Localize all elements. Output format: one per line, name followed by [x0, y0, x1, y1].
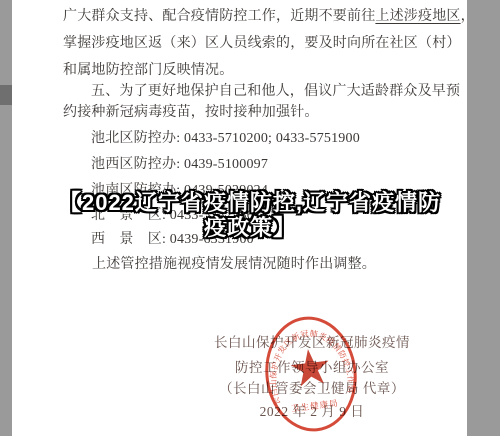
- doc-text-line: 掌握涉疫地区返（来）区人员线索的，要及时向所在社区（村）: [63, 36, 461, 51]
- scrollbar-thumb[interactable]: [0, 85, 12, 105]
- official-seal: 长白山保护开发区新冠肺炎疫情防控工作领导小组办公室 卫生健康局: [256, 309, 366, 436]
- doc-text-underlined: 上述涉疫地区: [375, 9, 460, 24]
- doc-text-line: 五、为了更好地保护自己和他人，倡议广大适龄群众及早预: [91, 84, 460, 99]
- seal-bottom-text: 卫生健康局: [291, 398, 339, 414]
- document-page: 广大群众支持、配合疫情防控工作，近期不要前往上述涉疫地区， 掌握涉疫地区返（来）…: [0, 0, 500, 436]
- doc-hotline-chixi: 池西区防控办: 0439-5100097: [91, 157, 268, 172]
- doc-text-segment: 广大群众支持、配合疫情防控工作，近期不要前往: [63, 9, 375, 24]
- seo-title-line1: 【2022辽宁省疫情防控,辽宁省疫情防: [0, 190, 500, 215]
- doc-text-line: 和属地防控部门反映情况。: [63, 63, 233, 78]
- doc-text-line: 上述管控措施视疫情发展情况随时作出调整。: [92, 257, 376, 272]
- doc-text-segment: ，: [461, 9, 475, 24]
- doc-text-line: 约接种新冠病毒疫苗，按时接种加强针。: [63, 105, 319, 120]
- doc-text-line: 广大群众支持、配合疫情防控工作，近期不要前往上述涉疫地区，: [63, 9, 475, 24]
- doc-hotline-chibei: 池北区防控办: 0433-5710200; 0433-5751900: [91, 131, 360, 146]
- official-seal-graphic: 长白山保护开发区新冠肺炎疫情防控工作领导小组办公室 卫生健康局: [256, 309, 366, 436]
- seo-title-overlay: 【2022辽宁省疫情防控,辽宁省疫情防 疫政策】: [0, 190, 500, 240]
- seo-title-line2: 疫政策】: [0, 215, 500, 240]
- star-icon: [289, 347, 331, 388]
